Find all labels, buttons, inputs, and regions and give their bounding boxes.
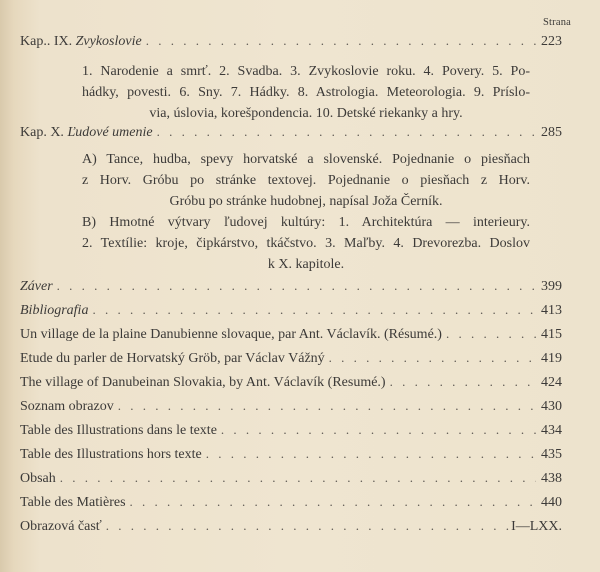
- page-number: 434: [536, 423, 562, 439]
- page-number: 413: [536, 303, 562, 319]
- toc-entry-resume-french: Un village de la plaine Danubienne slova…: [20, 326, 562, 343]
- entry-title: Záver: [20, 279, 53, 295]
- toc-entry-obsah: Obsah 438: [20, 470, 562, 487]
- page-number: 399: [536, 279, 562, 295]
- chapter-name: Ľudové umenie: [67, 125, 152, 140]
- description-line: z Horv. Gróbu po stránke textovej. Pojed…: [82, 170, 530, 191]
- page-number: 419: [536, 351, 562, 367]
- page-number: 415: [536, 327, 562, 343]
- entry-title: Table des Illustrations hors texte: [20, 447, 202, 463]
- toc-entry-chapter-ix: Kap.. IX. Zvykoslovie 223: [20, 33, 562, 50]
- leader-dots: [325, 350, 536, 366]
- entry-title: Etude du parler de Horvatský Gröb, par V…: [20, 351, 325, 367]
- leader-dots: [114, 398, 536, 414]
- page-number: 438: [536, 471, 562, 487]
- page-column-label: Strana: [543, 17, 571, 28]
- leader-dots: [126, 494, 536, 510]
- entry-title-text: Záver: [20, 279, 53, 294]
- chapter-title: Kap.. IX. Zvykoslovie: [20, 34, 142, 50]
- entry-title: Bibliografia: [20, 303, 88, 319]
- leader-dots: [56, 470, 536, 486]
- page-number: 440: [536, 495, 562, 511]
- chapter-x-description: A) Tance, hudba, spevy horvatské a slove…: [82, 149, 530, 275]
- toc-entry-illustrations-hors-texte: Table des Illustrations hors texte 435: [20, 446, 562, 463]
- chapter-name: Zvykoslovie: [76, 34, 142, 49]
- toc-entry-obrazova-cast: Obrazová časť I—LXX.: [20, 518, 562, 535]
- description-line: hádky, povesti. 6. Sny. 7. Hádky. 8. Ast…: [82, 82, 530, 103]
- toc-entry-soznam-obrazov: Soznam obrazov 430: [20, 398, 562, 415]
- entry-title: The village of Danubeinan Slovakia, by A…: [20, 375, 386, 391]
- leader-dots: [442, 326, 536, 342]
- description-line: via, úslovia, korešpondencia. 10. Detské…: [82, 103, 530, 124]
- description-line: 2. Textílie: kroje, čipkárstvo, tkáčstvo…: [82, 233, 530, 254]
- description-line: k X. kapitole.: [82, 254, 530, 275]
- leader-dots: [153, 124, 536, 140]
- chapter-title: Kap. X. Ľudové umenie: [20, 125, 153, 141]
- toc-entry-zaver: Záver 399: [20, 278, 562, 295]
- entry-title: Obrazová časť: [20, 519, 102, 535]
- toc-entry-table-des-matieres: Table des Matières 440: [20, 494, 562, 511]
- page-number: 424: [536, 375, 562, 391]
- chapter-prefix: Kap. X.: [20, 125, 64, 140]
- chapter-ix-description: 1. Narodenie a smrť. 2. Svadba. 3. Zvyko…: [82, 61, 530, 124]
- leader-dots: [217, 422, 536, 438]
- page-number: 430: [536, 399, 562, 415]
- toc-entry-resume-english: The village of Danubeinan Slovakia, by A…: [20, 374, 562, 391]
- leader-dots: [202, 446, 536, 462]
- leader-dots: [102, 518, 511, 534]
- toc-entry-chapter-x: Kap. X. Ľudové umenie 285: [20, 124, 562, 141]
- entry-title: Obsah: [20, 471, 56, 487]
- chapter-prefix: Kap.. IX.: [20, 34, 72, 49]
- toc-entry-bibliografia: Bibliografia 413: [20, 302, 562, 319]
- table-of-contents-page: Strana Kap.. IX. Zvykoslovie 223 1. Naro…: [0, 0, 600, 572]
- leader-dots: [53, 278, 536, 294]
- page-number: 285: [536, 125, 562, 141]
- description-line: A) Tance, hudba, spevy horvatské a slove…: [82, 149, 530, 170]
- description-line: Gróbu po stránke hudobnej, napísal Joža …: [82, 191, 530, 212]
- description-line: B) Hmotné výtvary ľudovej kultúry: 1. Ar…: [82, 212, 530, 233]
- page-number: I—LXX.: [511, 519, 562, 535]
- leader-dots: [142, 33, 536, 49]
- entry-title: Soznam obrazov: [20, 399, 114, 415]
- page-number: 223: [536, 34, 562, 50]
- entry-title: Table des Illustrations dans le texte: [20, 423, 217, 439]
- entry-title-text: Bibliografia: [20, 303, 88, 318]
- entry-title: Table des Matières: [20, 495, 126, 511]
- toc-entry-illustrations-dans-texte: Table des Illustrations dans le texte 43…: [20, 422, 562, 439]
- description-line: 1. Narodenie a smrť. 2. Svadba. 3. Zvyko…: [82, 61, 530, 82]
- toc-entry-etude-du-parler: Etude du parler de Horvatský Gröb, par V…: [20, 350, 562, 367]
- entry-title: Un village de la plaine Danubienne slova…: [20, 327, 442, 343]
- leader-dots: [386, 374, 536, 390]
- leader-dots: [88, 302, 536, 318]
- page-number: 435: [536, 447, 562, 463]
